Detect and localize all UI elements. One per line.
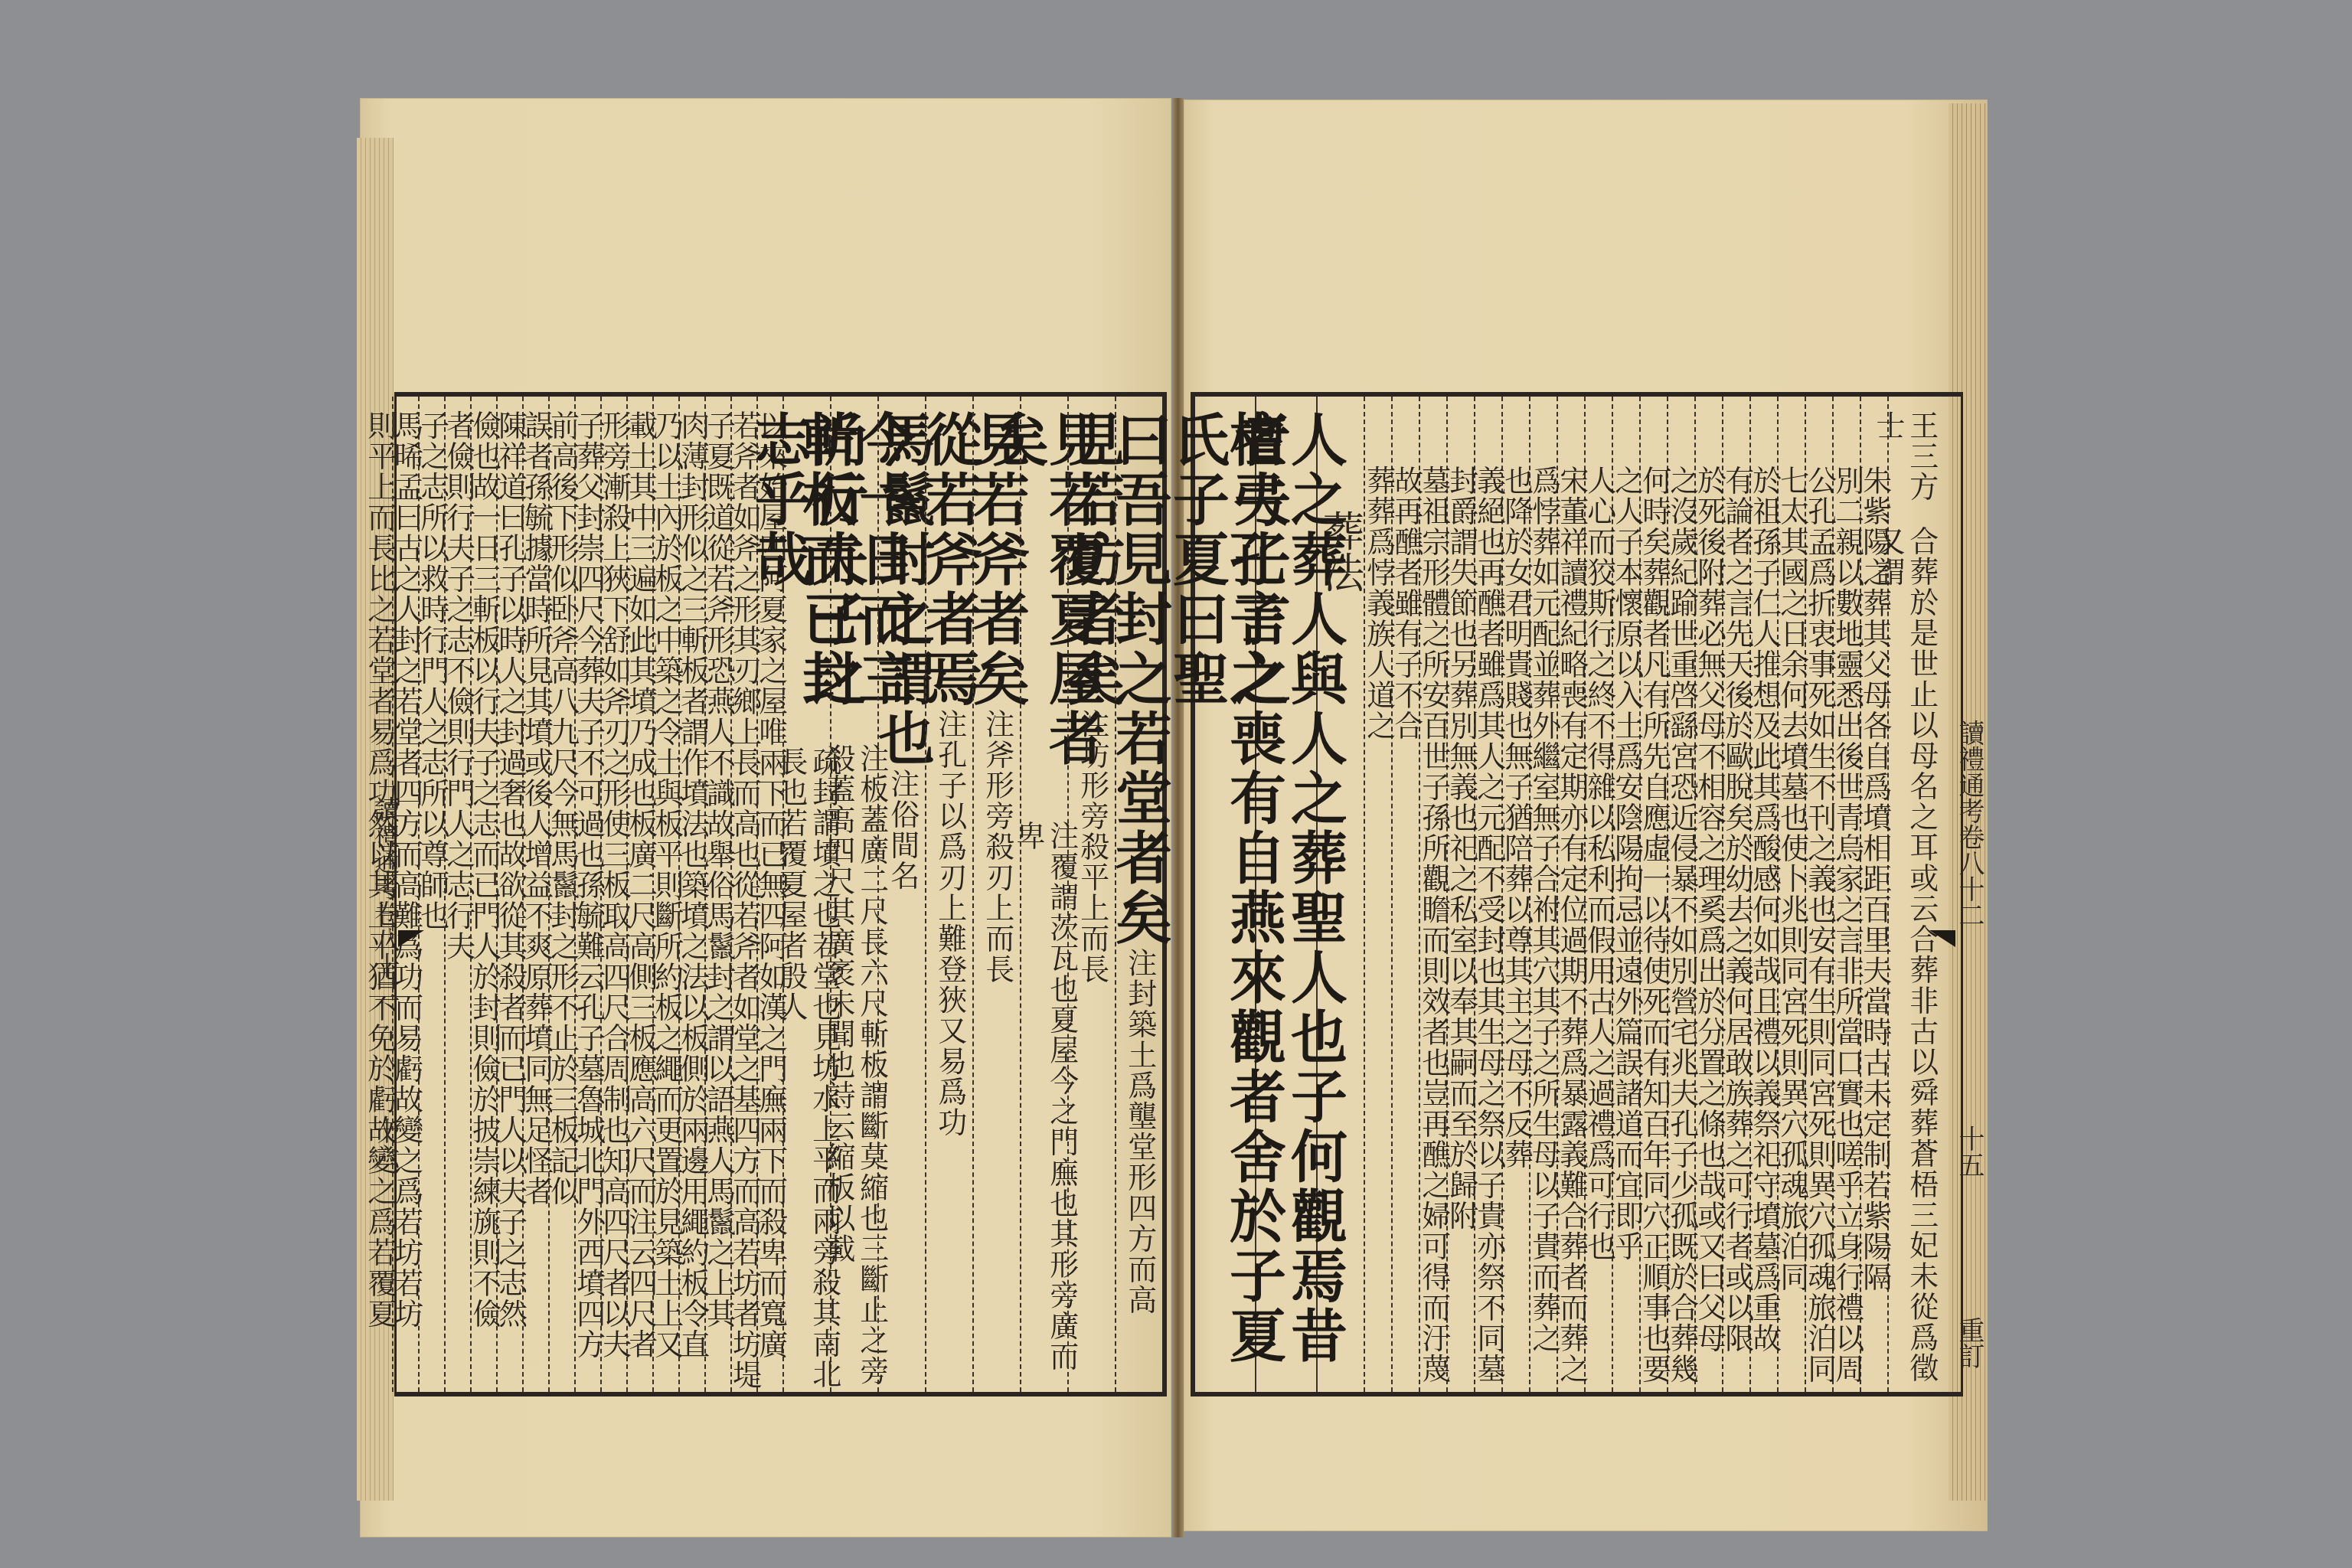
column-note: 載土其中三遍如此其墳乃成也板廣二尺高側三板應高六尺而注云四尺者	[626, 397, 652, 1392]
column-note: 形旁漸殺上狹下舒如斧刃之形使三板取高四尺合周制也知高四尺者以夫	[600, 397, 626, 1392]
column-note: 儉也故一日三斬板以行夫子之志而已門人於封則儉於披崇練旐則不儉	[470, 397, 496, 1392]
left-columns: 曰吾見封之若堂者矣注封築土爲壟堂形四方而高 見若坊者矣注坊形旁殺平上而長 見若覆…	[397, 397, 1162, 1392]
right-folio-number: 十五	[1951, 1125, 1988, 1178]
column-note: 前高後下形似卧斧高八九尺今無馬鬣封之形不止於三板記似	[548, 397, 574, 1392]
left-margin-title: 讀禮通考卷八十二	[366, 796, 403, 1004]
column-note: 者儉則行夫子之志不儉則行門人之志行夫	[444, 397, 470, 1392]
column-note: 子夏既道從若斧形恐燕人不識故舉俗馬鬣封之謂以語燕人馬鬣之上其	[704, 397, 730, 1392]
column-main: 人之葬人與人之葬聖人也子何觀焉昔者夫子言之	[1256, 397, 1318, 1392]
left-folio-number: 十六	[366, 1118, 403, 1170]
column-note: 王三方士合葬於是世止以母名之耳或云合葬非古以舜葬蒼梧三妃未從爲徵又謂	[1889, 397, 1919, 1392]
section-heading: 葬法	[1318, 397, 1365, 1392]
left-text-frame: 曰吾見封之若堂者矣注封築土爲壟堂形四方而高 見若坊者矣注坊形旁殺平上而長 見若覆…	[394, 392, 1167, 1396]
right-bottom-margin: 重訂	[1951, 1317, 1988, 1369]
column-note: 子之志所以救時行門人之志所以尊師也	[418, 397, 444, 1392]
fishtail-mark-icon	[398, 930, 424, 947]
fishtail-mark-icon	[1929, 930, 1955, 947]
column-note: 誤者孫毓據當時所見其墳或後人增益不爽原葬墳同無足怪者	[522, 397, 548, 1392]
column-main: 曰吾見封之若堂者矣注封築土爲壟堂形四方而高	[1115, 397, 1162, 1392]
column-note: 陳祥道曰孔子以時人之封過奢也故欲從其殺者而已門人以夫子之志然	[496, 397, 522, 1392]
right-columns: 檀弓孔子之喪有自燕來觀者舍於子夏氏子夏曰聖 人之葬人與人之葬聖人也子何觀焉昔者夫…	[1195, 397, 1961, 1392]
right-text-frame: 檀弓孔子之喪有自燕來觀者舍於子夏氏子夏曰聖 人之葬人與人之葬聖人也子何觀焉昔者夫…	[1191, 392, 1963, 1396]
column-note: 肉薄封形似之三斬板者謂作墳法也築墳之法以板側於兩邊用繩約板令直	[678, 397, 704, 1392]
right-margin-title: 讀禮通考卷八十二	[1951, 720, 1988, 928]
column-note: 乃以土內於板之中築之令土與板平則斷所約板之繩而更置於見築土上又	[652, 397, 678, 1392]
column-note: 子葬父封崇四尺今葬夫子不可過也孫毓難云孔子墓魯城北門外西墳四方	[574, 397, 600, 1392]
